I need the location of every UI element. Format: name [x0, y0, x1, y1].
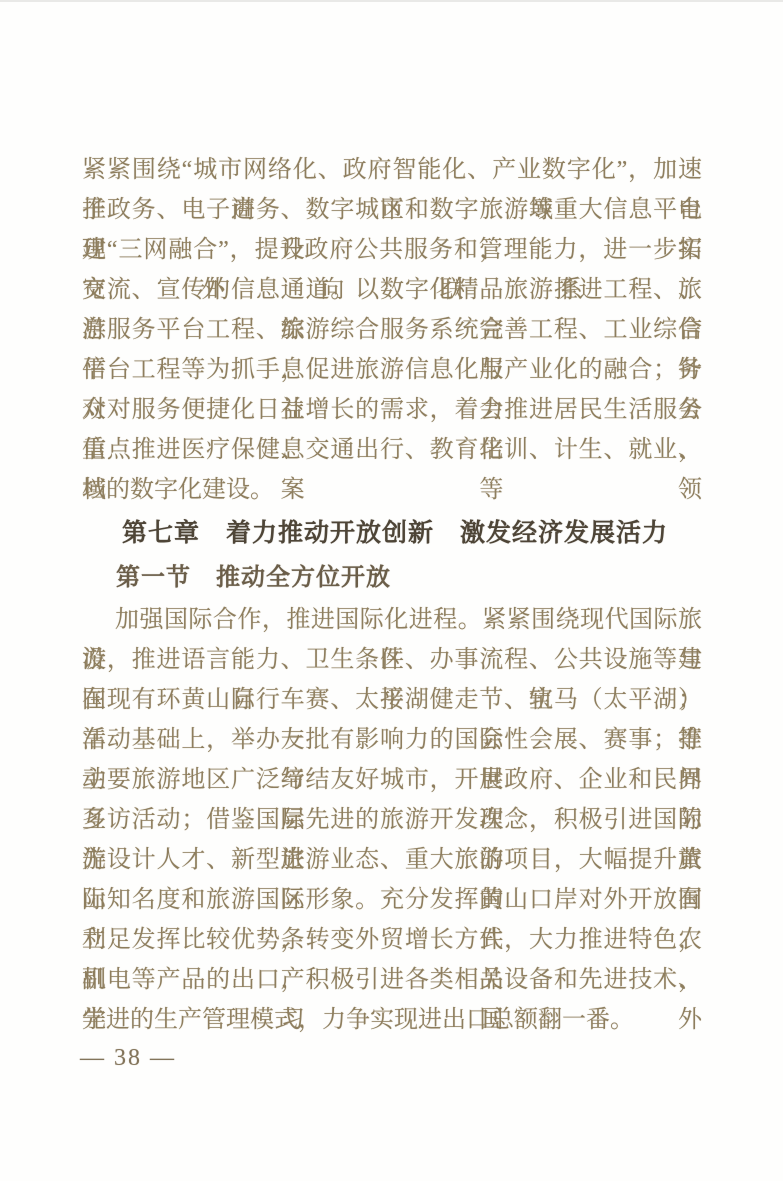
text-line: 际知名度和旅游国际形象。充分发挥黄山口岸对外开放有利条件，	[82, 880, 702, 920]
text-line: 主要旅游地区广泛缔结友好城市，开展政府、企业和民间多层次的	[82, 760, 702, 800]
text-line: 众对服务便捷化日益增长的需求，着力推进居民生活服务信息化，	[82, 390, 702, 430]
text-line: 重点推进医疗保健、交通出行、教育培训、计生、就业、档案等领	[82, 430, 702, 470]
text-line: 加强国际合作，推进国际化进程。紧紧围绕现代国际旅游区建	[82, 600, 702, 640]
text-line: 息服务平台工程、旅游综合服务系统完善工程、工业综合信息服务	[82, 310, 702, 350]
text-line: 交流、宣传的信息通道。以数字化精品旅游推进工程、旅游综合信	[82, 270, 702, 310]
text-line: 子政务、电子商务、数字城市和数字旅游等重大信息平台建设，实	[82, 190, 702, 230]
page-number: — 38 —	[80, 1042, 176, 1074]
chapter-heading: 第七章 着力推动开放创新 激发经济发展活力	[82, 512, 702, 556]
text-line: 设，推进语言能力、卫生条件、办事流程、公共设施等与国际接轨；	[82, 640, 702, 680]
text-line: 立足发挥比较优势，转变外贸增长方式，大力推进特色农副产品、	[82, 920, 702, 960]
text-line: 平台工程等为抓手，促进旅游信息化与产业化的融合；针对社会公	[82, 350, 702, 390]
text-line: 现“三网融合”，提升政府公共服务和管理能力，进一步拓宽外向联系、	[82, 230, 702, 270]
scanned-document-page: 紧紧围绕“城市网络化、政府智能化、产业数字化”，加速推进区域电 子政务、电子商务…	[0, 0, 783, 1181]
section-heading: 第一节 推动全方位开放	[82, 556, 702, 600]
document-text-block: 紧紧围绕“城市网络化、政府智能化、产业数字化”，加速推进区域电 子政务、电子商务…	[82, 150, 702, 1040]
text-line: 活动基础上，举办一批有影响力的国际性会展、赛事；推动与世界	[82, 720, 702, 760]
text-line: 机电等产品的出口，积极引进各类相关设备和先进技术，学习国外	[82, 960, 702, 1000]
scan-edge-artifact	[0, 0, 783, 2]
text-line: 先进的生产管理模式，力争实现进出口总额翻一番。	[82, 1000, 702, 1040]
text-line: 游设计人才、新型旅游业态、重大旅游项目，大幅提升黄山区的国	[82, 840, 702, 880]
text-line: 互访活动；借鉴国际先进的旅游开发理念，积极引进国际先进的旅	[82, 800, 702, 840]
text-line: 紧紧围绕“城市网络化、政府智能化、产业数字化”，加速推进区域电	[82, 150, 702, 190]
text-line: 在现有环黄山自行车赛、太平湖健走节、宝马（太平湖）车友会等	[82, 680, 702, 720]
